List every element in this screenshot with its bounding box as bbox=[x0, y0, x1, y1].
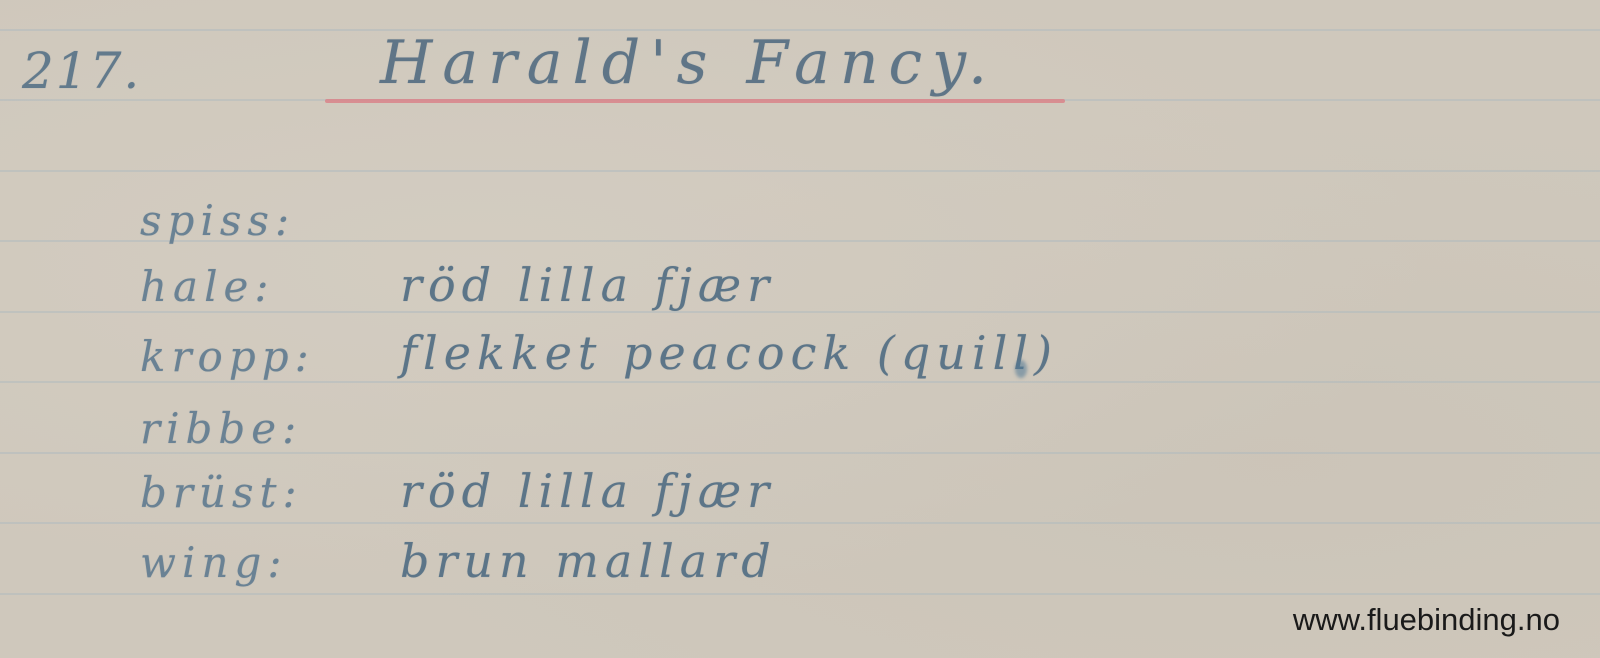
field-value-hale: röd lilla fjær bbox=[400, 258, 775, 312]
ruled-line bbox=[0, 170, 1600, 172]
ruled-line bbox=[0, 593, 1600, 595]
field-label-kropp: kropp: bbox=[140, 332, 315, 381]
field-label-ribbe: ribbe: bbox=[140, 404, 302, 453]
ruled-line bbox=[0, 381, 1600, 383]
watermark-url: www.fluebinding.no bbox=[1293, 602, 1560, 638]
handwritten-page: 217. Harald's Fancy. spiss: hale: röd li… bbox=[0, 0, 1600, 658]
entry-number: 217. bbox=[22, 42, 141, 100]
fly-pattern-title: Harald's Fancy. bbox=[380, 28, 997, 98]
field-label-spiss: spiss: bbox=[140, 196, 295, 245]
title-underline bbox=[325, 99, 1065, 103]
field-label-hale: hale: bbox=[140, 262, 275, 311]
field-value-brust: röd lilla fjær bbox=[400, 464, 775, 518]
field-value-wing: brun mallard bbox=[400, 534, 777, 588]
ink-blot bbox=[1015, 360, 1027, 378]
field-label-wing: wing: bbox=[140, 538, 287, 587]
ruled-line bbox=[0, 522, 1600, 524]
field-label-brust: brüst: bbox=[140, 468, 303, 517]
field-value-kropp: flekket peacock (quill) bbox=[400, 326, 1058, 380]
ruled-line bbox=[0, 311, 1600, 313]
